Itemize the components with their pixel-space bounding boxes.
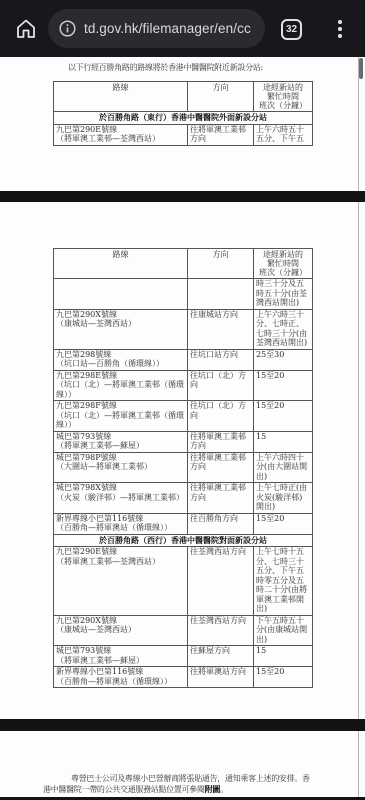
routes-table-main: 路線方向途經新站的 繁忙時間 班次（分鐘）時三十分及五時五十分(由荃灣西站開出)…	[53, 248, 313, 688]
frequency-cell: 時三十分及五時五十分(由荃灣西站開出)	[254, 279, 313, 310]
route-cell	[54, 279, 188, 310]
pdf-viewport[interactable]: 以下行經百勝角路的路線將於香港中醫醫院附近新設分站: 路線方向途經新站的 繁忙時…	[0, 57, 365, 800]
routes-table-east: 路線方向途經新站的 繁忙時間 班次（分鐘）於百勝角路（東行）香港中醫醫院外面新設…	[53, 81, 313, 146]
pdf-page-2: 路線方向途經新站的 繁忙時間 班次（分鐘）時三十分及五時五十分(由荃灣西站開出)…	[0, 202, 365, 719]
route-cell: 九巴第290X號線 （康城站—荃灣西站）	[54, 309, 188, 349]
closing-paragraph: 專營巴士公司及專線小巴營辦商將張貼通告，通知乘客上述的安排。香港中醫醫院一帶的公…	[43, 773, 315, 795]
attachment-link: 附圖	[205, 784, 220, 794]
home-icon	[14, 17, 38, 41]
intro-text: 以下行經百勝角路的路線將於香港中醫醫院附近新設分站:	[68, 62, 263, 73]
frequency-cell: 15至20	[254, 667, 313, 688]
direction-cell: 往蘇屋方向	[188, 646, 254, 667]
section-header-row: 於百勝角路（西行）香港中醫醫院對面新設分站	[54, 534, 313, 547]
frequency-cell: 15至20	[254, 401, 313, 432]
tab-count: 32	[286, 24, 297, 35]
route-cell: 九巴第290E號線 （將軍澳工業邨—荃灣西站）	[54, 547, 188, 616]
column-header: 路線	[54, 249, 188, 279]
column-header: 路線	[54, 82, 188, 112]
pdf-page-1: 以下行經百勝角路的路線將於香港中醫醫院附近新設分站: 路線方向途經新站的 繁忙時…	[0, 57, 365, 191]
frequency-cell: 15	[254, 431, 313, 452]
frequency-cell: 15至20	[254, 513, 313, 534]
home-button[interactable]	[14, 17, 38, 41]
direction-cell: 往康城站方向	[188, 309, 254, 349]
direction-cell: 往坑口（北）方向	[188, 401, 254, 432]
kebab-icon	[338, 20, 342, 24]
route-cell: 新界專線小巴第116號線 （百勝角—將軍澳站（循環線））	[54, 513, 188, 534]
route-row: 九巴第290X號線 （康城站—荃灣西站）往荃灣西站方向下午五時五十分(由康城站開…	[54, 615, 313, 646]
section-header-row: 於百勝角路（東行）香港中醫醫院外面新設分站	[54, 112, 313, 125]
direction-cell: 往將軍澳工業邨方向	[188, 124, 254, 145]
route-cell: 九巴第298E號線 （坑口（北）—將軍澳工業邨（循環線））	[54, 370, 188, 401]
route-cell: 城巴第793號線 （將軍澳工業邨—蘇屋）	[54, 646, 188, 667]
direction-cell: 往將軍澳工業邨方向	[188, 452, 254, 483]
page-info-icon[interactable]	[59, 20, 76, 37]
route-row: 九巴第298F號線 （坑口（北）—將軍澳工業邨（循環線））往坑口（北）方向15至…	[54, 401, 313, 432]
route-cell: 城巴第798X號線 （火炭（駿洋邨）—將軍澳工業邨）	[54, 483, 188, 514]
route-row: 城巴第793號線 （將軍澳工業邨—蘇屋）往蘇屋方向15	[54, 646, 313, 667]
route-cell: 新界專線小巴第116號線 （百勝角—將軍澳站（循環線））	[54, 667, 188, 688]
direction-cell: 往坑口（北）方向	[188, 370, 254, 401]
route-row: 城巴第798X號線 （火炭（駿洋邨）—將軍澳工業邨）往將軍澳工業邨方向上午七時正…	[54, 483, 313, 514]
route-row: 城巴第798P號線 （大圍站—將軍澳工業邨）往將軍澳工業邨方向上午六時四十分(由…	[54, 452, 313, 483]
direction-cell: 往荃灣西站方向	[188, 615, 254, 646]
page-edge-line	[358, 57, 359, 800]
route-row: 九巴第290E號線 （將軍澳工業邨—荃灣西站）往荃灣西站方向上午七時十五分、七時…	[54, 547, 313, 616]
route-row: 新界專線小巴第116號線 （百勝角—將軍澳站（循環線））往將軍澳站方向15至20	[54, 667, 313, 688]
table-header-row: 路線方向途經新站的 繁忙時間 班次（分鐘）	[54, 82, 313, 112]
direction-cell: 往將軍澳站方向	[188, 667, 254, 688]
frequency-cell: 上午六時三十分、七時正、七時三十分(由荃灣西站開出)	[254, 309, 313, 349]
direction-cell: 往坑口站方向	[188, 349, 254, 370]
column-header: 方向	[188, 249, 254, 279]
url-text: td.gov.hk/filemanager/en/cc	[84, 21, 251, 36]
column-header: 途經新站的 繁忙時間 班次（分鐘）	[254, 82, 313, 112]
page-break	[0, 719, 365, 731]
section-header: 於百勝角路（西行）香港中醫醫院對面新設分站	[54, 534, 313, 547]
direction-cell: 往荃灣西站方向	[188, 547, 254, 616]
route-cell: 九巴第290E號線 （將軍澳工業邨—荃灣西站）	[54, 124, 188, 145]
route-cell: 城巴第798P號線 （大圍站—將軍澳工業邨）	[54, 452, 188, 483]
direction-cell: 往將軍澳工業邨方向	[188, 483, 254, 514]
frequency-cell: 上午六時四十分(由大圍站開出)	[254, 452, 313, 483]
route-row: 九巴第298E號線 （坑口（北）—將軍澳工業邨（循環線））往坑口（北）方向15至…	[54, 370, 313, 401]
route-row: 城巴第793號線 （將軍澳工業邨—蘇屋）往將軍澳工業邨方向15	[54, 431, 313, 452]
route-row: 九巴第290E號線 （將軍澳工業邨—荃灣西站）往將軍澳工業邨方向上午六時五十五分…	[54, 124, 313, 145]
tab-switcher-button[interactable]: 32	[281, 19, 302, 40]
frequency-cell: 15	[254, 646, 313, 667]
scrollbar-thumb[interactable]	[359, 58, 363, 79]
frequency-cell: 下午五時五十分(由康城站開出)	[254, 615, 313, 646]
pdf-page-3: 專營巴士公司及專線小巴營辦商將張貼通告，通知乘客上述的安排。香港中醫醫院一帶的公…	[0, 731, 365, 797]
route-cell: 九巴第290X號線 （康城站—荃灣西站）	[54, 615, 188, 646]
column-header: 途經新站的 繁忙時間 班次（分鐘）	[254, 249, 313, 279]
route-row: 九巴第290X號線 （康城站—荃灣西站）往康城站方向上午六時三十分、七時正、七時…	[54, 309, 313, 349]
page-break	[0, 191, 365, 202]
route-row: 時三十分及五時五十分(由荃灣西站開出)	[54, 279, 313, 310]
frequency-cell: 上午六時五十五分、下午五	[254, 124, 313, 145]
route-cell: 九巴第298號線 （坑口站—百勝角（循環線））	[54, 349, 188, 370]
menu-button[interactable]	[337, 20, 343, 38]
direction-cell	[188, 279, 254, 310]
frequency-cell: 15至20	[254, 370, 313, 401]
column-header: 方向	[188, 82, 254, 112]
route-cell: 九巴第298F號線 （坑口（北）—將軍澳工業邨（循環線））	[54, 401, 188, 432]
section-header: 於百勝角路（東行）香港中醫醫院外面新設分站	[54, 112, 313, 125]
frequency-cell: 上午七時十五分、七時三十五分、下午五時零五分及五時二十分(由將軍澳工業邨開出)	[254, 547, 313, 616]
route-row: 新界專線小巴第116號線 （百勝角—將軍澳站（循環線））往百勝角方向15至20	[54, 513, 313, 534]
route-cell: 城巴第793號線 （將軍澳工業邨—蘇屋）	[54, 431, 188, 452]
frequency-cell: 25至30	[254, 349, 313, 370]
browser-toolbar: td.gov.hk/filemanager/en/cc 32	[0, 0, 365, 57]
direction-cell: 往將軍澳工業邨方向	[188, 431, 254, 452]
direction-cell: 往百勝角方向	[188, 513, 254, 534]
route-row: 九巴第298號線 （坑口站—百勝角（循環線））往坑口站方向25至30	[54, 349, 313, 370]
table-header-row: 路線方向途經新站的 繁忙時間 班次（分鐘）	[54, 249, 313, 279]
frequency-cell: 上午七時正(由火炭(駿洋邨)開出)	[254, 483, 313, 514]
url-bar[interactable]: td.gov.hk/filemanager/en/cc	[48, 9, 265, 48]
